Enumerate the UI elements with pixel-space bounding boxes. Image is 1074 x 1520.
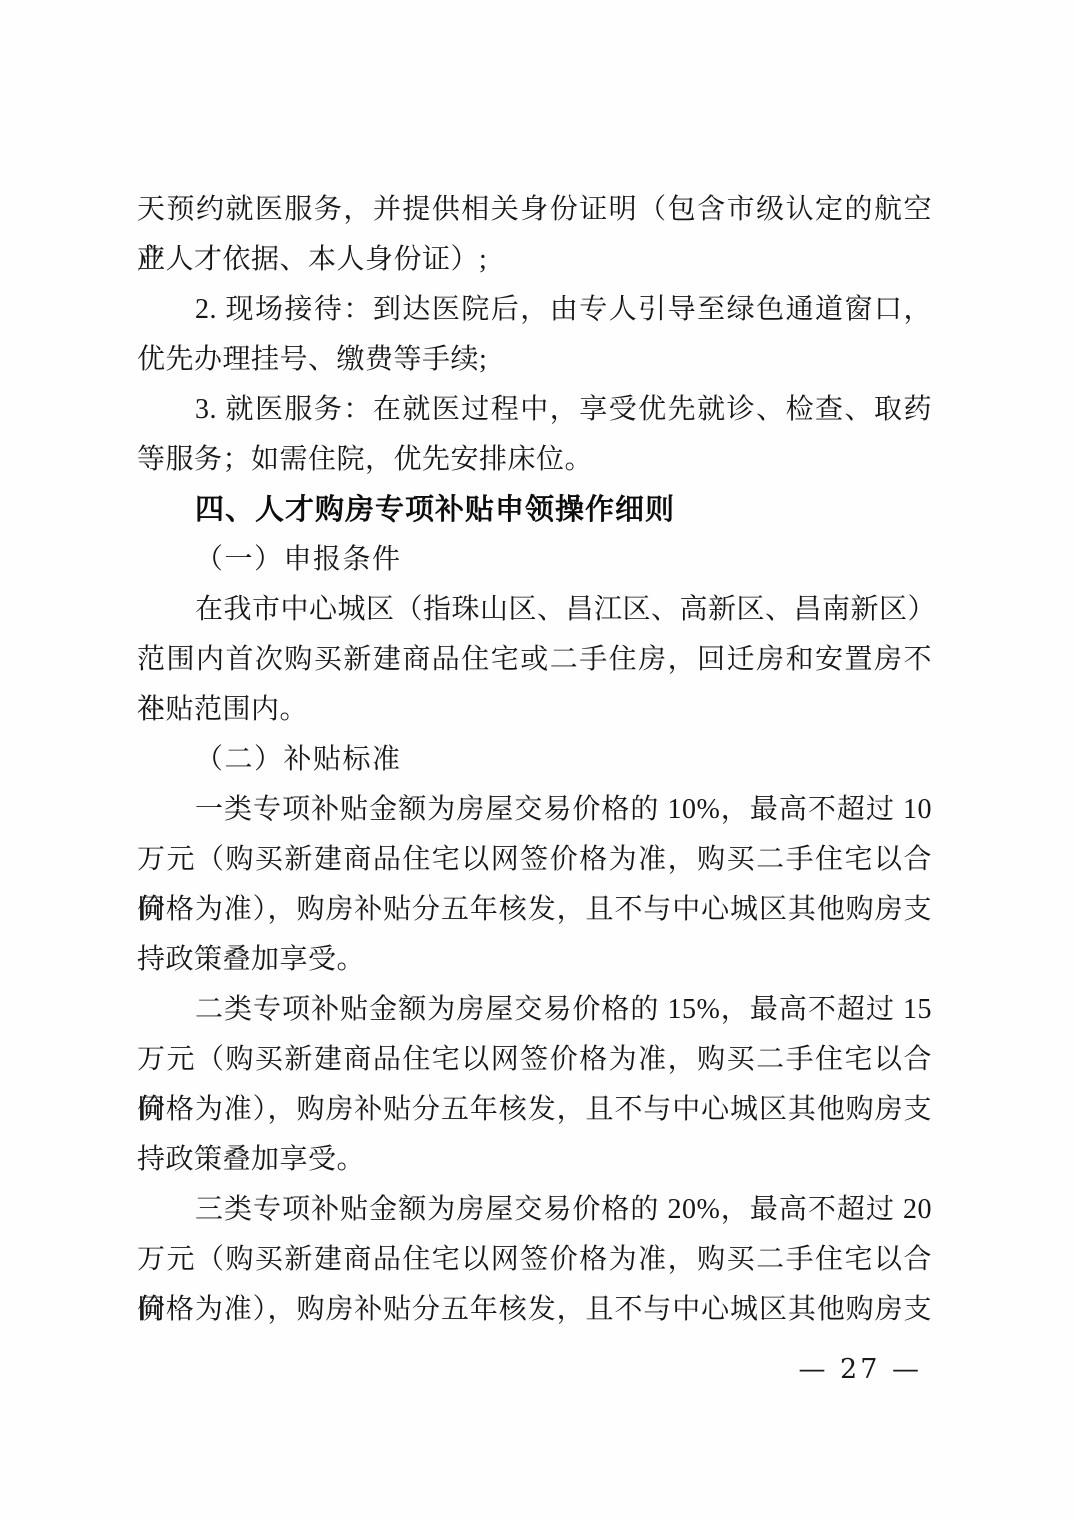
text-line: 价格为准），购房补贴分五年核发，且不与中心城区其他购房支 (137, 1285, 932, 1335)
text-line: 万元（购买新建商品住宅以网签价格为准，购买二手住宅以合同 (137, 1235, 932, 1285)
text-line: 二类专项补贴金额为房屋交易价格的 15%，最高不超过 15 (137, 985, 932, 1035)
text-line: 业人才依据、本人身份证）; (137, 235, 932, 285)
document-body: 天预约就医服务，并提供相关身份证明（包含市级认定的航空产业人才依据、本人身份证）… (137, 185, 932, 1335)
text-line: （二）补贴标准 (137, 735, 932, 785)
text-line: 价格为准），购房补贴分五年核发，且不与中心城区其他购房支 (137, 1085, 932, 1135)
text-line: 补贴范围内。 (137, 685, 932, 735)
text-line: 万元（购买新建商品住宅以网签价格为准，购买二手住宅以合同 (137, 835, 932, 885)
document-page: 天预约就医服务，并提供相关身份证明（包含市级认定的航空产业人才依据、本人身份证）… (0, 0, 1074, 1520)
text-line: 在我市中心城区（指珠山区、昌江区、高新区、昌南新区） (137, 585, 932, 635)
text-line: 一类专项补贴金额为房屋交易价格的 10%，最高不超过 10 (137, 785, 932, 835)
text-line: （一）申报条件 (137, 535, 932, 585)
text-line: 持政策叠加享受。 (137, 935, 932, 985)
text-line: 四、人才购房专项补贴申领操作细则 (137, 485, 932, 535)
text-line: 3. 就医服务：在就医过程中，享受优先就诊、检查、取药 (137, 385, 932, 435)
text-line: 三类专项补贴金额为房屋交易价格的 20%，最高不超过 20 (137, 1185, 932, 1235)
text-line: 范围内首次购买新建商品住宅或二手住房，回迁房和安置房不在 (137, 635, 932, 685)
text-line: 优先办理挂号、缴费等手续; (137, 335, 932, 385)
text-line: 等服务；如需住院，优先安排床位。 (137, 435, 932, 485)
text-line: 2. 现场接待：到达医院后，由专人引导至绿色通道窗口， (137, 285, 932, 335)
text-line: 价格为准），购房补贴分五年核发，且不与中心城区其他购房支 (137, 885, 932, 935)
text-line: 持政策叠加享受。 (137, 1135, 932, 1185)
page-number: — 27 — (798, 1352, 922, 1388)
text-line: 万元（购买新建商品住宅以网签价格为准，购买二手住宅以合同 (137, 1035, 932, 1085)
text-line: 天预约就医服务，并提供相关身份证明（包含市级认定的航空产 (137, 185, 932, 235)
